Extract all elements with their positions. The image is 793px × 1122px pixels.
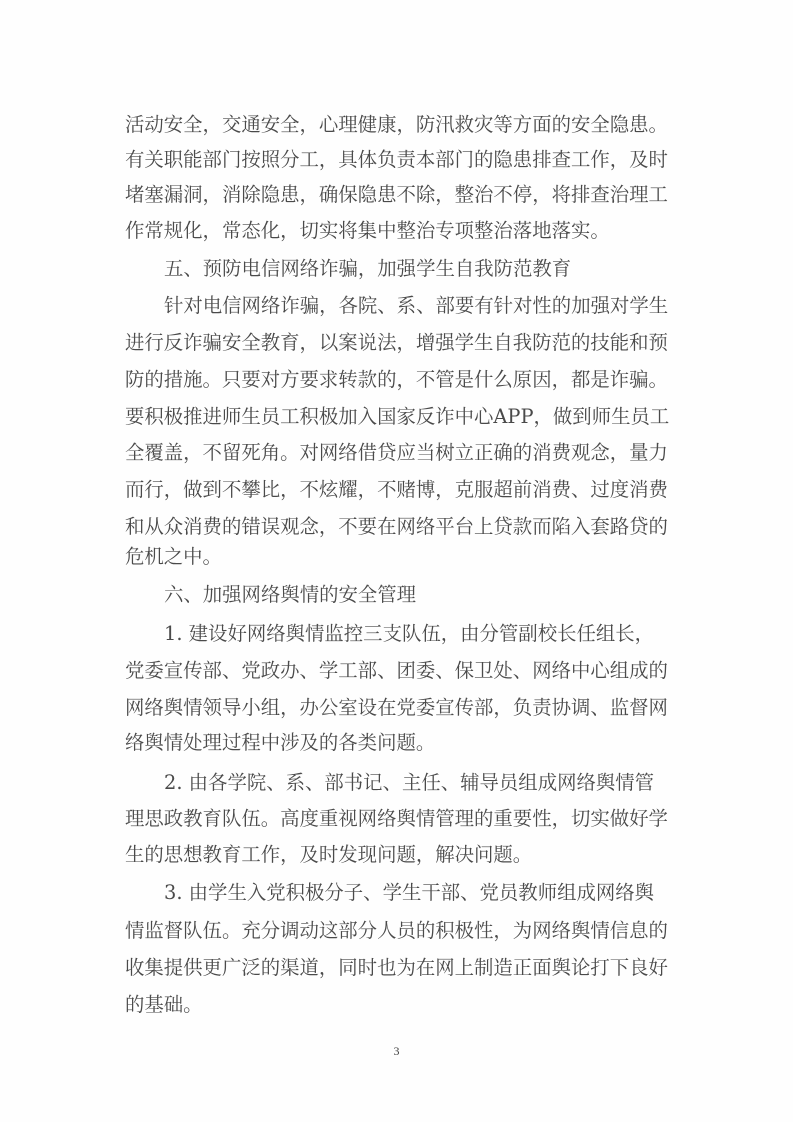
page-number: 3: [0, 1044, 793, 1059]
list-item-1-line: 络舆情处理过程中涉及的各类问题。: [125, 731, 685, 755]
paragraph-line: 和从众消费的错误观念，不要在网络平台上贷款而陷入套路贷的: [125, 515, 685, 539]
paragraph-line: 活动安全，交通安全，心理健康，防汛救灾等方面的安全隐患。: [125, 113, 685, 137]
paragraph-line: 危机之中。: [125, 545, 685, 569]
list-item-1-line: 网络舆情领导小组，办公室设在党委宣传部，负责协调、监督网: [125, 696, 685, 720]
paragraph-line: 有关职能部门按照分工，具体负责本部门的隐患排查工作，及时: [125, 148, 685, 172]
list-item-3-line: 3. 由学生入党积极分子、学生干部、党员教师组成网络舆: [164, 881, 724, 905]
section-heading-6: 六、加强网络舆情的安全管理: [164, 583, 724, 607]
paragraph-line: 而行，做到不攀比，不炫耀，不赌博，克服超前消费、过度消费: [125, 478, 685, 502]
paragraph-line: 全覆盖，不留死角。对网络借贷应当树立正确的消费观念，量力: [125, 441, 685, 465]
document-page: 活动安全，交通安全，心理健康，防汛救灾等方面的安全隐患。 有关职能部门按照分工，…: [0, 0, 793, 1122]
section-heading-5: 五、预防电信网络诈骗，加强学生自我防范教育: [164, 257, 724, 281]
paragraph-line: 进行反诈骗安全教育，以案说法，增强学生自我防范的技能和预: [125, 331, 685, 355]
list-item-2-line: 生的思想教育工作，及时发现问题，解决问题。: [125, 843, 685, 867]
list-item-2-line: 理思政教育队伍。高度重视网络舆情管理的重要性，切实做好学: [125, 807, 685, 831]
paragraph-line: 堵塞漏洞，消除隐患，确保隐患不除，整治不停，将排查治理工: [125, 183, 685, 207]
paragraph-line: 针对电信网络诈骗，各院、系、部要有针对性的加强对学生: [164, 294, 724, 318]
list-item-3-line: 收集提供更广泛的渠道，同时也为在网上制造正面舆论打下良好: [125, 956, 685, 980]
list-item-1-line: 1. 建设好网络舆情监控三支队伍，由分管副校长任组长，: [164, 622, 724, 646]
list-item-3-line: 情监督队伍。充分调动这部分人员的积极性，为网络舆情信息的: [125, 919, 685, 943]
paragraph-line: 要积极推进师生员工积极加入国家反诈中心APP，做到师生员工: [125, 405, 685, 429]
paragraph-line: 防的措施。只要对方要求转款的，不管是什么原因，都是诈骗。: [125, 368, 685, 392]
list-item-2-line: 2. 由各学院、系、部书记、主任、辅导员组成网络舆情管: [164, 771, 724, 795]
list-item-3-line: 的基础。: [125, 993, 685, 1017]
paragraph-line: 作常规化，常态化，切实将集中整治专项整治落地落实。: [125, 219, 685, 243]
list-item-1-line: 党委宣传部、党政办、学工部、团委、保卫处、网络中心组成的: [125, 659, 685, 683]
